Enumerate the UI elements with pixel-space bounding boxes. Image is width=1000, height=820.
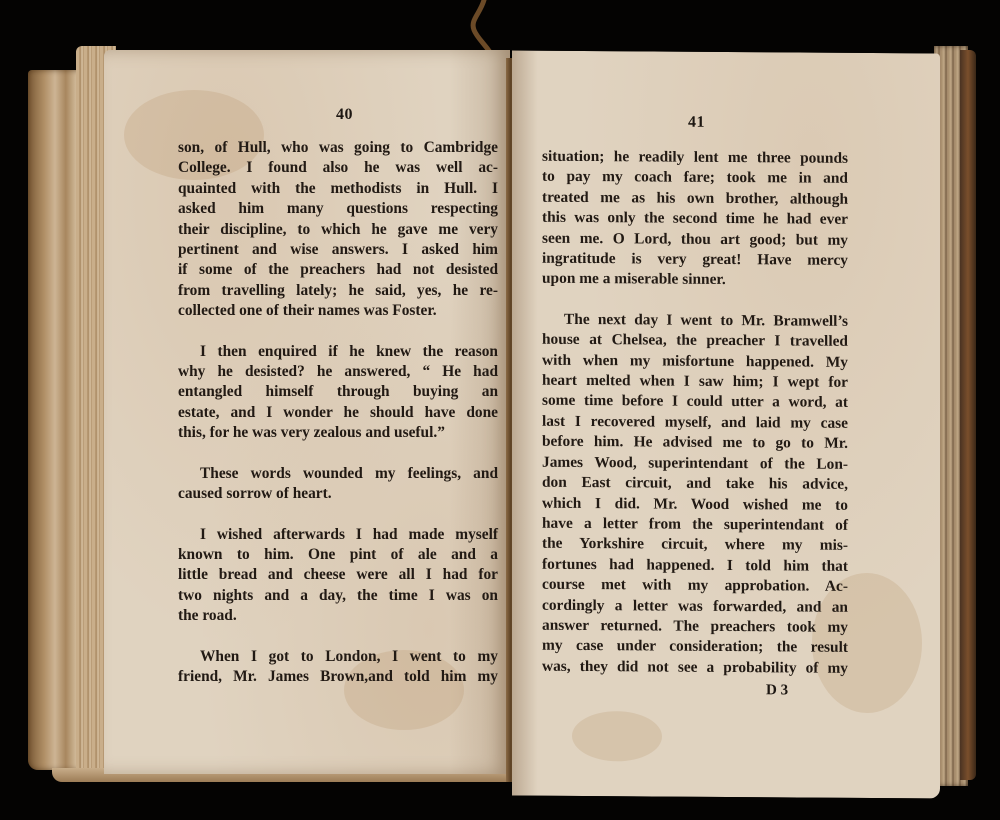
text-line: to pay my coach fare; took me in and <box>542 167 848 190</box>
text-line: why he desisted? he answered, “ He had <box>178 362 498 382</box>
text-line: caused sorrow of heart. <box>178 484 498 504</box>
text-line: my case under consideration; the result <box>542 636 848 659</box>
paper-stain <box>572 711 662 762</box>
text-line: their discipline, to which he gave me ve… <box>178 220 498 240</box>
paragraph: These words wounded my feelings, and cau… <box>178 464 498 505</box>
text-line: known to him. One pint of ale and a <box>178 545 498 565</box>
text-line: from travelling lately; he said, yes, he… <box>178 281 498 301</box>
text-line: seen me. O Lord, thou art good; but my <box>542 228 848 251</box>
text-line: The next day I went to Mr. Bramwell’s <box>542 310 848 333</box>
paragraph: I wished afterwards I had made myself kn… <box>178 525 498 627</box>
text-line: this, for he was very zealous and useful… <box>178 423 498 443</box>
text-line: before him. He advised me to go to Mr. <box>542 432 848 455</box>
text-line: two nights and a day, the time I was on <box>178 586 498 606</box>
signature-mark: D 3 <box>766 682 788 699</box>
text-line: son, of Hull, who was going to Cambridge <box>178 138 498 158</box>
right-cover <box>960 50 976 780</box>
text-line: this was only the second time he had eve… <box>542 208 848 231</box>
paragraph: When I got to London, I went to my frien… <box>178 647 498 688</box>
text-line: quainted with the methodists in Hull. I <box>178 179 498 199</box>
text-line: was, they did not see a probability of m… <box>542 656 848 679</box>
text-line: pertinent and wise answers. I asked him <box>178 240 498 260</box>
paragraph: son, of Hull, who was going to Cambridge… <box>178 138 498 322</box>
text-line: heart melted when I saw him; I wept for <box>542 371 848 394</box>
text-line: asked him many questions respecting <box>178 199 498 219</box>
text-line: treated me as his own brother, although <box>542 188 848 211</box>
text-line: some time before I could utter a word, a… <box>542 391 848 414</box>
text-line: if some of the preachers had not desiste… <box>178 260 498 280</box>
right-page: 41 situation; he readily lent me three p… <box>512 51 940 799</box>
text-line: fortunes had happened. I told him that <box>542 554 848 577</box>
text-line: ingratitude is very great! Have mercy <box>542 249 848 272</box>
text-line: answer returned. The preachers took my <box>542 616 848 639</box>
text-line: I then enquired if he knew the reason <box>178 342 498 362</box>
text-line: which I did. Mr. Wood wished me to <box>542 493 848 516</box>
text-line: little bread and cheese were all I had f… <box>178 565 498 585</box>
text-line: collected one of their names was Foster. <box>178 301 498 321</box>
text-line: the road. <box>178 606 498 626</box>
text-line: When I got to London, I went to my <box>178 647 498 667</box>
text-line: don East circuit, and take his advice, <box>542 473 848 496</box>
paragraph: situation; he readily lent me three poun… <box>542 147 848 292</box>
paragraph: I then enquired if he knew the reason wh… <box>178 342 498 444</box>
text-line: I wished afterwards I had made myself <box>178 525 498 545</box>
left-page-text: son, of Hull, who was going to Cambridge… <box>178 138 498 707</box>
right-page-text: situation; he readily lent me three poun… <box>542 147 848 699</box>
text-line: course met with my approbation. Ac- <box>542 575 848 598</box>
text-line: friend, Mr. James Brown,and told him my <box>178 667 498 687</box>
text-line: situation; he readily lent me three poun… <box>542 147 848 170</box>
text-line: estate, and I wonder he should have done <box>178 403 498 423</box>
text-line: have a letter from the superintendant of <box>542 514 848 537</box>
page-number: 40 <box>336 106 353 124</box>
paragraph: The next day I went to Mr. Bramwell’s ho… <box>542 310 848 679</box>
text-line: College. I found also he was well ac- <box>178 158 498 178</box>
text-line: entangled himself through buying an <box>178 382 498 402</box>
text-line: James Wood, superintendant of the Lon- <box>542 452 848 475</box>
text-line: upon me a miserable sinner. <box>542 269 848 292</box>
text-line: cordingly a letter was forwarded, and an <box>542 595 848 618</box>
left-page: 40 son, of Hull, who was going to Cambri… <box>104 50 510 774</box>
text-line: the Yorkshire circuit, where my mis- <box>542 534 848 557</box>
text-line: with when my misfortune happened. My <box>542 350 848 373</box>
text-line: These words wounded my feelings, and <box>178 464 498 484</box>
page-number: 41 <box>688 114 705 132</box>
text-line: last I recovered myself, and laid my cas… <box>542 412 848 435</box>
text-line: house at Chelsea, the preacher I travell… <box>542 330 848 353</box>
